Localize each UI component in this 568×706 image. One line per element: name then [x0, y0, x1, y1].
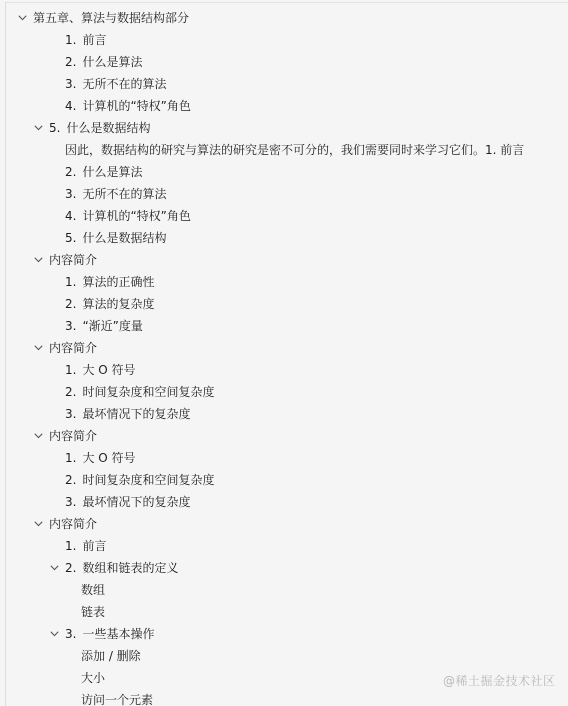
- outline-tree: 第五章、算法与数据结构部分1.前言2.什么是算法3.无所不在的算法4.计算机的“…: [0, 7, 568, 706]
- outline-group-item[interactable]: 5.什么是数据结构: [0, 117, 568, 139]
- outline-item-text: 4.计算机的“特权”角色: [65, 95, 191, 117]
- item-label: 内容简介: [49, 253, 97, 267]
- item-label: 访问一个元素: [81, 693, 153, 706]
- item-number: 5.: [49, 121, 60, 135]
- outline-item[interactable]: 1.大 O 符号: [0, 447, 568, 469]
- outline-item-text: 5.什么是数据结构: [49, 117, 150, 139]
- item-number: 2.: [65, 561, 76, 575]
- item-label: 什么是数据结构: [66, 121, 150, 135]
- outline-item-text: 1.算法的正确性: [65, 271, 154, 293]
- item-label: 最坏情况下的复杂度: [82, 495, 190, 509]
- item-number: 2.: [65, 297, 76, 311]
- outline-item-text: 3.一些基本操作: [65, 623, 154, 645]
- outline-item[interactable]: 3.“渐近”度量: [0, 315, 568, 337]
- item-label: 第五章、算法与数据结构部分: [33, 11, 189, 25]
- item-label: 内容简介: [49, 517, 97, 531]
- item-label: 无所不在的算法: [82, 187, 166, 201]
- chevron-down-icon[interactable]: [33, 425, 43, 447]
- outline-item-text: 1.大 O 符号: [65, 359, 136, 381]
- item-label: 大 O 符号: [82, 363, 135, 377]
- item-number: 3.: [65, 319, 76, 333]
- top-border: [5, 2, 568, 3]
- chevron-down-icon[interactable]: [33, 249, 43, 271]
- item-label: 时间复杂度和空间复杂度: [82, 385, 214, 399]
- outline-item-text: 添加 / 删除: [81, 645, 141, 667]
- item-label: 内容简介: [49, 429, 97, 443]
- outline-item[interactable]: 链表: [0, 601, 568, 623]
- item-number: 3.: [65, 627, 76, 641]
- outline-item-text: 3.无所不在的算法: [65, 183, 166, 205]
- item-label: 大小: [81, 671, 105, 685]
- outline-item[interactable]: 2.算法的复杂度: [0, 293, 568, 315]
- outline-group-item[interactable]: 第五章、算法与数据结构部分: [0, 7, 568, 29]
- item-label: 数组: [81, 583, 105, 597]
- chevron-down-icon[interactable]: [49, 557, 59, 579]
- outline-item[interactable]: 1.大 O 符号: [0, 359, 568, 381]
- item-number: 2.: [65, 55, 76, 69]
- item-number: 1.: [65, 363, 76, 377]
- outline-item[interactable]: 3.最坏情况下的复杂度: [0, 403, 568, 425]
- item-number: 3.: [65, 495, 76, 509]
- item-label: 最坏情况下的复杂度: [82, 407, 190, 421]
- outline-item-text: 第五章、算法与数据结构部分: [33, 7, 189, 29]
- outline-item[interactable]: 1.前言: [0, 535, 568, 557]
- outline-item[interactable]: 2.时间复杂度和空间复杂度: [0, 381, 568, 403]
- outline-item-text: 2.什么是算法: [65, 161, 142, 183]
- outline-item[interactable]: 1.前言: [0, 29, 568, 51]
- outline-item[interactable]: 2.时间复杂度和空间复杂度: [0, 469, 568, 491]
- outline-item-text: 2.算法的复杂度: [65, 293, 154, 315]
- outline-item-text: 内容简介: [49, 513, 97, 535]
- outline-item-text: 3.最坏情况下的复杂度: [65, 403, 190, 425]
- item-label: 数组和链表的定义: [82, 561, 178, 575]
- outline-item-text: 内容简介: [49, 249, 97, 271]
- outline-item-text: 数组: [81, 579, 105, 601]
- item-number: 3.: [65, 187, 76, 201]
- item-number: 4.: [65, 99, 76, 113]
- outline-item[interactable]: 数组: [0, 579, 568, 601]
- item-number: 2.: [65, 473, 76, 487]
- item-number: 2.: [65, 385, 76, 399]
- item-number: 1.: [65, 451, 76, 465]
- outline-item-text: 因此，数据结构的研究与算法的研究是密不可分的，我们需要同时来学习它们。1. 前言: [65, 139, 524, 161]
- outline-group-item[interactable]: 2.数组和链表的定义: [0, 557, 568, 579]
- outline-item[interactable]: 添加 / 删除: [0, 645, 568, 667]
- chevron-down-icon[interactable]: [17, 7, 27, 29]
- item-number: 1.: [65, 539, 76, 553]
- item-label: 计算机的“特权”角色: [82, 99, 190, 113]
- outline-item-text: 3.最坏情况下的复杂度: [65, 491, 190, 513]
- item-number: 1.: [65, 275, 76, 289]
- outline-item-text: 1.前言: [65, 29, 106, 51]
- item-number: 1.: [65, 33, 76, 47]
- outline-item[interactable]: 2.什么是算法: [0, 161, 568, 183]
- item-label: 什么是数据结构: [82, 231, 166, 245]
- watermark: @稀土掘金技术社区: [443, 672, 556, 689]
- outline-item-text: 2.时间复杂度和空间复杂度: [65, 381, 214, 403]
- item-label: 什么是算法: [82, 55, 142, 69]
- outline-item[interactable]: 1.算法的正确性: [0, 271, 568, 293]
- outline-item-text: 链表: [81, 601, 105, 623]
- outline-item-text: 3.“渐近”度量: [65, 315, 143, 337]
- item-number: 2.: [65, 165, 76, 179]
- item-label: 大 O 符号: [82, 451, 135, 465]
- item-label: 因此，数据结构的研究与算法的研究是密不可分的，我们需要同时来学习它们。1. 前言: [65, 143, 524, 157]
- item-label: 内容简介: [49, 341, 97, 355]
- outline-group-item[interactable]: 3.一些基本操作: [0, 623, 568, 645]
- item-label: 时间复杂度和空间复杂度: [82, 473, 214, 487]
- chevron-down-icon[interactable]: [33, 337, 43, 359]
- outline-item-text: 3.无所不在的算法: [65, 73, 166, 95]
- item-label: 算法的正确性: [82, 275, 154, 289]
- outline-group-item[interactable]: 内容简介: [0, 513, 568, 535]
- outline-item[interactable]: 3.无所不在的算法: [0, 73, 568, 95]
- outline-item[interactable]: 3.无所不在的算法: [0, 183, 568, 205]
- outline-item-text: 大小: [81, 667, 105, 689]
- item-label: 算法的复杂度: [82, 297, 154, 311]
- outline-item[interactable]: 3.最坏情况下的复杂度: [0, 491, 568, 513]
- outline-item-text: 1.大 O 符号: [65, 447, 136, 469]
- item-label: 计算机的“特权”角色: [82, 209, 190, 223]
- item-label: 前言: [82, 539, 106, 553]
- outline-item-text: 2.什么是算法: [65, 51, 142, 73]
- outline-item-text: 内容简介: [49, 425, 97, 447]
- outline-item[interactable]: 访问一个元素: [0, 689, 568, 706]
- item-label: 链表: [81, 605, 105, 619]
- outline-item[interactable]: 2.什么是算法: [0, 51, 568, 73]
- item-label: “渐近”度量: [82, 319, 142, 333]
- item-label: 无所不在的算法: [82, 77, 166, 91]
- item-number: 3.: [65, 77, 76, 91]
- outline-item[interactable]: 5.什么是数据结构: [0, 227, 568, 249]
- chevron-down-icon[interactable]: [33, 513, 43, 535]
- item-label: 前言: [82, 33, 106, 47]
- outline-item-text: 2.时间复杂度和空间复杂度: [65, 469, 214, 491]
- outline-group-item[interactable]: 内容简介: [0, 337, 568, 359]
- item-number: 4.: [65, 209, 76, 223]
- outline-item-text: 内容简介: [49, 337, 97, 359]
- item-label: 什么是算法: [82, 165, 142, 179]
- outline-item[interactable]: 4.计算机的“特权”角色: [0, 95, 568, 117]
- outline-item-text: 2.数组和链表的定义: [65, 557, 178, 579]
- chevron-down-icon[interactable]: [33, 117, 43, 139]
- outline-panel: 第五章、算法与数据结构部分1.前言2.什么是算法3.无所不在的算法4.计算机的“…: [0, 0, 568, 706]
- outline-item[interactable]: 4.计算机的“特权”角色: [0, 205, 568, 227]
- outline-group-item[interactable]: 内容简介: [0, 249, 568, 271]
- chevron-down-icon[interactable]: [49, 623, 59, 645]
- outline-item-text: 1.前言: [65, 535, 106, 557]
- item-label: 一些基本操作: [82, 627, 154, 641]
- outline-item[interactable]: 因此，数据结构的研究与算法的研究是密不可分的，我们需要同时来学习它们。1. 前言: [0, 139, 568, 161]
- item-number: 5.: [65, 231, 76, 245]
- item-number: 3.: [65, 407, 76, 421]
- outline-group-item[interactable]: 内容简介: [0, 425, 568, 447]
- item-label: 添加 / 删除: [81, 649, 141, 663]
- outline-item-text: 访问一个元素: [81, 689, 153, 706]
- outline-item-text: 5.什么是数据结构: [65, 227, 166, 249]
- outline-item-text: 4.计算机的“特权”角色: [65, 205, 191, 227]
